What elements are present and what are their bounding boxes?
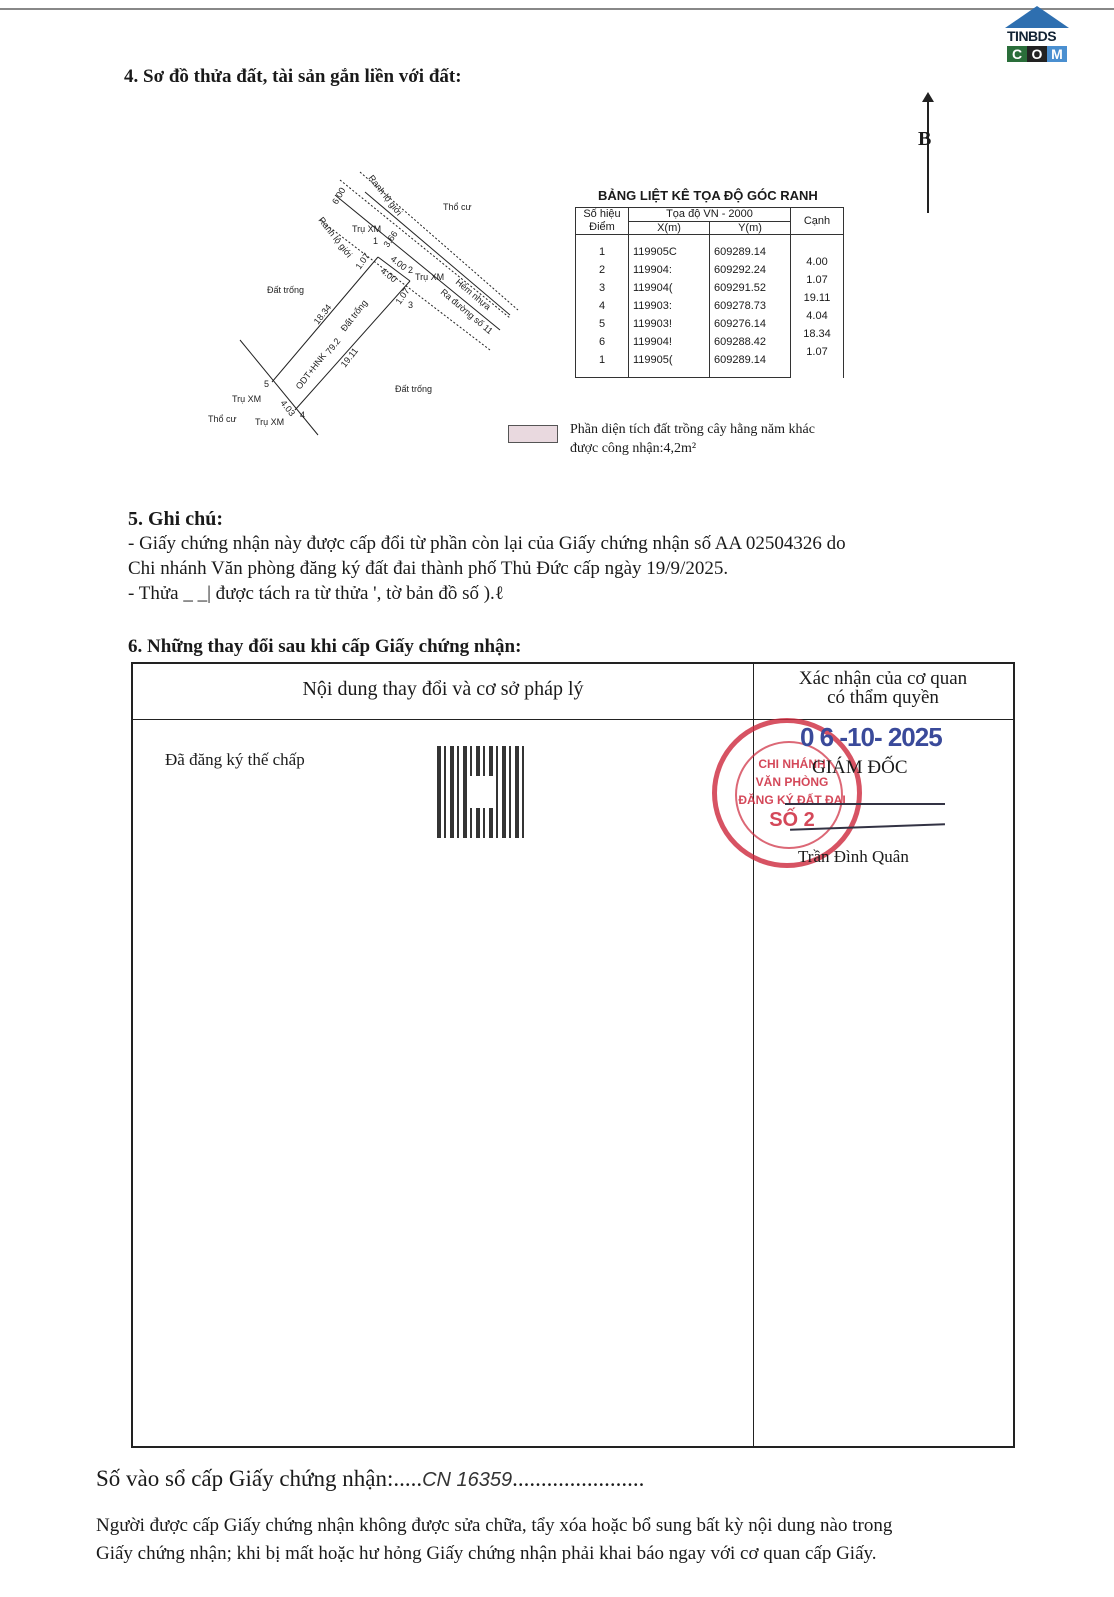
coord-cell: 119904( [629,279,710,297]
svg-text:3: 3 [408,300,413,310]
note-line: - Thửa _ _| được tách ra từ thửa ', tờ b… [128,582,504,606]
legend-swatch [508,425,558,443]
footer-line: Người được cấp Giấy chứng nhận không đượ… [96,1512,1036,1540]
logo-letter: C [1007,46,1027,62]
note-line: - Giấy chứng nhận này được cấp đổi từ ph… [128,532,846,556]
registration-value: CN 16359 [422,1469,512,1491]
col-edge: Cạnh [791,208,844,235]
header-confirmation: Xác nhận của cơ quan có thẩm quyền [753,669,1013,707]
edge-length: 18.34 [795,325,839,343]
col-y: Y(m) [710,221,791,235]
header-line: có thẩm quyền [753,688,1013,707]
coord-cell: 609276.14 [710,315,791,333]
signer-title: GIÁM ĐỐC [812,757,908,779]
svg-text:Trụ XM: Trụ XM [415,272,444,282]
svg-text:Ranh lộ giới: Ranh lộ giới [316,215,354,259]
svg-text:4.00: 4.00 [389,254,409,273]
coord-cell: 119904! [629,333,710,351]
legend-line: được công nhận:4,2m² [570,439,815,458]
svg-text:Trụ XM: Trụ XM [255,417,284,427]
coordinate-table: Số hiệu Điểm Tọa độ VN - 2000 Cạnh X(m) … [575,207,844,378]
house-roof-icon [1005,6,1069,28]
signer-name: Trần Đình Quân [798,847,909,867]
header-line: Xác nhận của cơ quan [753,669,1013,688]
registration-number: Số vào sổ cấp Giấy chứng nhận:.....CN 16… [96,1466,644,1492]
coord-cell: 4 [576,297,629,315]
registration-label: Số vào sổ cấp Giấy chứng nhận:..... [96,1466,422,1491]
signature-stroke [785,803,945,805]
qr-code-icon [437,746,527,838]
change-entry: Đã đăng ký thế chấp [165,750,305,770]
top-border-line [0,8,1114,10]
section5-title: 5. Ghi chú: [128,508,223,531]
coord-cell: 1 [576,351,629,378]
svg-text:1: 1 [373,236,378,246]
edge-length: 19.11 [795,289,839,307]
svg-text:4.03: 4.03 [278,398,297,418]
svg-text:Trụ XM: Trụ XM [232,394,261,404]
logo-text: TINBDS [1007,28,1067,44]
col-x: X(m) [629,221,710,235]
diagram-label: Thổ cư [443,202,472,212]
section6-title: 6. Những thay đổi sau khi cấp Giấy chứng… [128,636,521,658]
north-arrow-icon [927,98,929,213]
coord-cell: 119903! [629,315,710,333]
north-label: B [918,128,931,151]
svg-text:Đất trống: Đất trống [395,384,432,394]
edge-length: 1.07 [795,343,839,361]
edge-length: 4.00 [795,253,839,271]
registration-dots: ....................... [512,1466,644,1491]
coord-cell: 609288.42 [710,333,791,351]
coord-cell: 119903: [629,297,710,315]
edge-length: 1.07 [795,271,839,289]
svg-text:Đất trống: Đất trống [339,298,370,333]
legend-line: Phần diện tích đất trồng cây hằng năm kh… [570,420,815,439]
coord-cell: 2 [576,261,629,279]
coord-table-title: BẢNG LIỆT KÊ TỌA ĐỘ GÓC RANH [598,188,818,203]
section4-title: 4. Sơ đồ thửa đất, tài sản gắn liền với … [124,66,462,88]
svg-text:79.2: 79.2 [324,336,343,356]
edge-lengths: 4.001.0719.114.0418.341.07 [791,235,844,378]
coord-cell: 1 [576,235,629,262]
svg-text:Thổ cư: Thổ cư [208,414,237,424]
coord-cell: 609289.14 [710,351,791,378]
svg-text:19.11: 19.11 [339,346,360,369]
coord-cell: 119905C [629,235,710,262]
svg-text:Trụ XM: Trụ XM [352,224,381,234]
coord-cell: 119905( [629,351,710,378]
header-content: Nội dung thay đổi và cơ sở pháp lý [133,678,753,701]
coord-cell: 3 [576,279,629,297]
footer-warning: Người được cấp Giấy chứng nhận không đượ… [96,1512,1036,1568]
col-point: Số hiệu Điểm [576,208,629,235]
footer-line: Giấy chứng nhận; khi bị mất hoặc hư hỏng… [96,1540,1036,1568]
logo-letter: O [1027,46,1047,62]
svg-text:Đất trống: Đất trống [267,285,304,295]
tinbds-logo: TINBDS C O M [1005,6,1069,62]
divider [133,719,1013,720]
confirmation-date: 0 6 -10- 2025 [800,722,942,753]
coord-row: 1119905C 609289.144.001.0719.114.0418.34… [576,235,844,262]
coord-cell: 6 [576,333,629,351]
coord-cell: 609278.73 [710,297,791,315]
svg-text:ODT+HNK: ODT+HNK [294,351,329,391]
svg-text:4: 4 [300,410,305,420]
logo-letter: M [1047,46,1067,62]
svg-text:5: 5 [264,379,269,389]
legend-text: Phần diện tích đất trồng cây hằng năm kh… [570,420,815,458]
coord-cell: 609289.14 [710,235,791,262]
svg-text:2: 2 [408,265,413,275]
changes-table: Nội dung thay đổi và cơ sở pháp lý Xác n… [131,662,1015,1448]
svg-text:Ranh lộ giới: Ranh lộ giới [366,173,404,217]
coord-cell: 609292.24 [710,261,791,279]
parcel-diagram: Thổ cư Ranh lộ giới Ranh lộ giới 6.00 Tr… [200,160,520,440]
coord-cell: 609291.52 [710,279,791,297]
edge-length: 4.04 [795,307,839,325]
note-line: Chi nhánh Văn phòng đăng ký đất đai thàn… [128,557,728,581]
col-system: Tọa độ VN - 2000 [629,208,791,222]
coord-cell: 5 [576,315,629,333]
coord-cell: 119904: [629,261,710,279]
svg-text:4.00: 4.00 [379,266,399,285]
logo-com: C O M [1007,46,1067,62]
